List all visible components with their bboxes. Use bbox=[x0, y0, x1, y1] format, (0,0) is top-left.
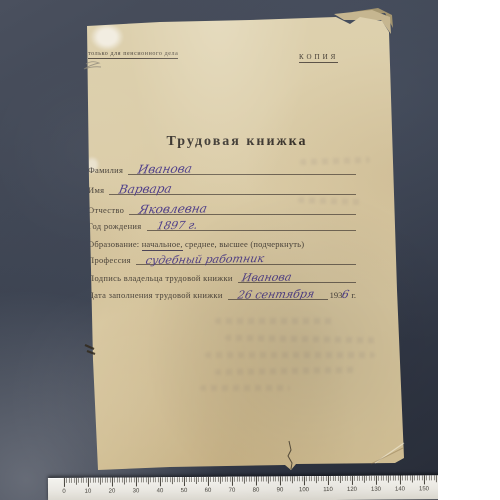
ruler-label: 70 bbox=[229, 488, 236, 494]
ruler-tick bbox=[364, 476, 365, 483]
ruler-tick bbox=[244, 477, 245, 484]
field-label: Отчество bbox=[88, 205, 129, 215]
ruler-tick bbox=[412, 475, 413, 482]
field-line: 26 сентября bbox=[228, 284, 328, 300]
field-line: судебный работник bbox=[136, 249, 356, 265]
copy-stamp: КОПИЯ bbox=[299, 53, 338, 63]
header-note: только для пенсионного дела bbox=[88, 51, 178, 59]
field-label: Дата заполнения трудовой книжки bbox=[88, 290, 228, 300]
ruler-tick bbox=[424, 475, 425, 484]
ruler-tick bbox=[402, 476, 403, 481]
ruler-label: 100 bbox=[299, 487, 309, 493]
ruler-tick bbox=[76, 478, 77, 485]
ruler-tick bbox=[335, 476, 336, 481]
field-line: 1897 г. bbox=[147, 215, 357, 231]
ruler-tick bbox=[208, 477, 209, 486]
ruler-tick bbox=[270, 476, 271, 481]
ruler-tick bbox=[148, 477, 149, 484]
ruler-tick bbox=[249, 477, 250, 482]
ruler-tick bbox=[179, 477, 180, 482]
ruler-tick bbox=[124, 477, 125, 484]
ruler-tick bbox=[246, 477, 247, 482]
ruler-tick bbox=[309, 476, 310, 481]
ruler-tick bbox=[165, 477, 166, 482]
printed-year-suffix: г. bbox=[349, 290, 356, 300]
ruler-tick bbox=[292, 476, 293, 483]
ruler-label: 110 bbox=[323, 487, 333, 493]
ruler-tick bbox=[131, 477, 132, 482]
ruler-tick bbox=[182, 477, 183, 482]
field-line: Варвара bbox=[109, 179, 356, 195]
ruler-tick bbox=[227, 477, 228, 482]
ruler-tick bbox=[266, 476, 267, 481]
ruler-tick bbox=[160, 477, 161, 486]
ruler-tick bbox=[434, 475, 435, 480]
ruler-tick bbox=[129, 477, 130, 482]
ruler-tick bbox=[285, 476, 286, 481]
ink-show-through bbox=[215, 367, 355, 375]
ruler-tick bbox=[174, 477, 175, 482]
ruler-tick bbox=[366, 476, 367, 481]
ruler-tick bbox=[69, 478, 70, 483]
ruler-tick bbox=[213, 477, 214, 482]
ruler-tick bbox=[114, 478, 115, 483]
ruler-tick bbox=[66, 478, 67, 483]
ruler-tick bbox=[390, 476, 391, 481]
ruler-tick bbox=[143, 477, 144, 482]
ruler-tick bbox=[347, 476, 348, 481]
ruler-tick bbox=[374, 476, 375, 481]
field-row-signature: Подпись владельца трудовой книжки Иванов… bbox=[88, 267, 356, 283]
field-line: Иванова bbox=[238, 267, 356, 283]
ruler-tick bbox=[206, 477, 207, 482]
ruler-tick bbox=[239, 477, 240, 482]
ruler-tick bbox=[326, 476, 327, 481]
field-label: Профессия bbox=[88, 255, 136, 265]
field-row-profession: Профессия судебный работник bbox=[88, 249, 356, 265]
ruler-tick bbox=[275, 476, 276, 481]
ruler-tick bbox=[141, 477, 142, 482]
ruler-tick bbox=[393, 476, 394, 481]
ruler-tick bbox=[297, 476, 298, 481]
ruler-tick bbox=[357, 476, 358, 481]
ruler-tick bbox=[258, 477, 259, 482]
ruler-tick bbox=[100, 478, 101, 485]
ruler-tick bbox=[194, 477, 195, 482]
ruler-tick bbox=[112, 478, 113, 487]
ruler-tick bbox=[405, 476, 406, 481]
ruler-label: 120 bbox=[347, 487, 357, 493]
ruler-tick bbox=[410, 475, 411, 480]
ink-show-through bbox=[205, 352, 375, 358]
field-row-birth-year: Год рождения 1897 г. bbox=[88, 215, 356, 231]
ruler-tick bbox=[280, 476, 281, 485]
ink-show-through bbox=[200, 385, 290, 391]
ruler-tick bbox=[431, 475, 432, 480]
ruler-tick bbox=[153, 477, 154, 482]
education-option: высшее bbox=[219, 239, 248, 249]
ruler-tick bbox=[342, 476, 343, 481]
ruler-tick bbox=[378, 476, 379, 481]
measuring-ruler: 0102030405060708090100110120130140150 bbox=[48, 475, 438, 500]
ruler-tick bbox=[98, 478, 99, 483]
ruler-tick bbox=[359, 476, 360, 481]
ruler-tick bbox=[222, 477, 223, 482]
ruler-tick bbox=[90, 478, 91, 483]
ruler-tick bbox=[105, 478, 106, 483]
ruler-label: 10 bbox=[85, 489, 92, 495]
ruler-label: 40 bbox=[157, 488, 164, 494]
ruler-tick bbox=[398, 476, 399, 481]
ruler-tick bbox=[134, 477, 135, 482]
ruler-tick bbox=[330, 476, 331, 481]
field-row-fill-date: Дата заполнения трудовой книжки 26 сентя… bbox=[88, 284, 356, 300]
field-row-firstname: Имя Варвара bbox=[88, 179, 356, 195]
ruler-label: 140 bbox=[395, 487, 405, 493]
ruler-label: 90 bbox=[277, 487, 284, 493]
ruler-tick bbox=[316, 476, 317, 483]
ruler-tick bbox=[345, 476, 346, 481]
ruler-tick bbox=[328, 476, 329, 485]
ruler-tick bbox=[417, 475, 418, 480]
ruler-tick bbox=[419, 475, 420, 480]
ruler-tick bbox=[254, 477, 255, 482]
ruler-tick bbox=[119, 477, 120, 482]
ruler-tick bbox=[340, 476, 341, 483]
ruler-label: 0 bbox=[62, 489, 65, 495]
ruler-tick bbox=[220, 477, 221, 484]
handwritten-value: Иванова bbox=[137, 162, 194, 177]
ruler-tick bbox=[170, 477, 171, 482]
ruler-tick bbox=[304, 476, 305, 485]
handwritten-value: Варвара bbox=[118, 182, 174, 197]
ruler-tick bbox=[186, 477, 187, 482]
ink-show-through bbox=[225, 335, 375, 344]
photo-backdrop: только для пенсионного дела КОПИЯ Трудов… bbox=[0, 0, 438, 500]
ruler-tick bbox=[395, 476, 396, 481]
ruler-tick bbox=[306, 476, 307, 481]
ruler-label: 50 bbox=[181, 488, 188, 494]
ruler-tick bbox=[338, 476, 339, 481]
paper-stain bbox=[90, 23, 124, 51]
ruler-tick bbox=[95, 478, 96, 483]
ruler-tick bbox=[81, 478, 82, 483]
handwritten-value: судебный работник bbox=[144, 252, 265, 267]
ruler-tick bbox=[251, 477, 252, 482]
ruler-tick bbox=[371, 476, 372, 481]
ruler-tick bbox=[191, 477, 192, 482]
ruler-tick bbox=[388, 476, 389, 483]
ruler-tick bbox=[88, 478, 89, 487]
ruler-tick bbox=[333, 476, 334, 481]
ruler-tick bbox=[215, 477, 216, 482]
ruler-tick bbox=[429, 475, 430, 480]
ruler-tick bbox=[273, 476, 274, 481]
ruler-tick bbox=[422, 475, 423, 480]
ruler-tick bbox=[354, 476, 355, 481]
ruler-label: 60 bbox=[205, 488, 212, 494]
ruler-tick bbox=[242, 477, 243, 482]
ink-show-through bbox=[300, 157, 370, 165]
ruler-tick bbox=[177, 477, 178, 482]
ruler-tick bbox=[311, 476, 312, 481]
ruler-label: 80 bbox=[253, 488, 260, 494]
ruler-tick bbox=[167, 477, 168, 482]
ruler-label: 20 bbox=[109, 489, 116, 495]
ruler-tick bbox=[117, 478, 118, 483]
ruler-tick bbox=[172, 477, 173, 484]
ruler-tick bbox=[83, 478, 84, 483]
ruler-tick bbox=[184, 477, 185, 486]
ruler-tick bbox=[74, 478, 75, 483]
ruler-tick bbox=[369, 476, 370, 481]
ruler-tick bbox=[136, 477, 137, 486]
field-label: Имя bbox=[88, 185, 109, 195]
ruler-tick bbox=[350, 476, 351, 481]
ruler-tick bbox=[122, 477, 123, 482]
field-label: Фамилия bbox=[88, 165, 128, 175]
ruler-tick bbox=[321, 476, 322, 481]
ruler-tick bbox=[126, 477, 127, 482]
ruler-tick bbox=[64, 478, 65, 487]
ruler-tick bbox=[210, 477, 211, 482]
ruler-tick bbox=[138, 477, 139, 482]
ruler-tick bbox=[230, 477, 231, 482]
ruler-tick bbox=[426, 475, 427, 480]
ruler-tick bbox=[352, 476, 353, 485]
ruler-tick bbox=[201, 477, 202, 482]
ruler-tick bbox=[71, 478, 72, 483]
ruler-tick bbox=[155, 477, 156, 482]
field-label: Год рождения bbox=[88, 221, 147, 231]
ruler-tick bbox=[287, 476, 288, 481]
ruler-tick bbox=[107, 478, 108, 483]
field-row-education: Образование: начальное, среднее, высшее … bbox=[88, 239, 304, 249]
ruler-tick bbox=[294, 476, 295, 481]
education-note: (подчеркнуть) bbox=[250, 239, 304, 249]
ruler-tick bbox=[381, 476, 382, 481]
ruler-tick bbox=[225, 477, 226, 482]
ruler-tick bbox=[78, 478, 79, 483]
ruler-label: 150 bbox=[419, 486, 429, 492]
field-label: Подпись владельца трудовой книжки bbox=[88, 273, 238, 283]
ruler-tick bbox=[196, 477, 197, 484]
ruler-tick bbox=[86, 478, 87, 483]
ruler-tick bbox=[268, 476, 269, 483]
ruler-tick bbox=[198, 477, 199, 482]
ruler-label: 30 bbox=[133, 488, 140, 494]
ruler-tick bbox=[189, 477, 190, 482]
ruler-tick bbox=[261, 477, 262, 482]
ruler-tick bbox=[290, 476, 291, 481]
ruler-tick bbox=[263, 476, 264, 481]
ruler-tick bbox=[436, 475, 437, 482]
education-option: среднее, bbox=[185, 239, 217, 249]
ruler-tick bbox=[93, 478, 94, 483]
handwritten-date: 26 сентября bbox=[236, 287, 315, 301]
ruler-tick bbox=[323, 476, 324, 481]
ruler-tick bbox=[150, 477, 151, 482]
ruler-tick bbox=[299, 476, 300, 481]
ruler-tick bbox=[400, 476, 401, 485]
ruler-tick bbox=[376, 476, 377, 485]
ruler-tick bbox=[234, 477, 235, 482]
ruler-tick bbox=[102, 478, 103, 483]
ruler-tick bbox=[302, 476, 303, 481]
ruler-tick bbox=[232, 477, 233, 486]
ruler-tick bbox=[414, 475, 415, 480]
ruler-tick bbox=[407, 475, 408, 480]
screenshot: только для пенсионного дела КОПИЯ Трудов… bbox=[0, 0, 500, 500]
ruler-tick bbox=[256, 477, 257, 486]
ruler-tick bbox=[362, 476, 363, 481]
ink-show-through bbox=[215, 318, 335, 324]
ruler-tick bbox=[386, 476, 387, 481]
page-title: Трудовая книжка bbox=[87, 134, 387, 150]
ruler-tick bbox=[146, 477, 147, 482]
ruler-tick bbox=[282, 476, 283, 481]
ruler-tick bbox=[278, 476, 279, 481]
field-label: Образование: bbox=[88, 239, 139, 249]
owner-signature: Иванова bbox=[240, 271, 292, 285]
ruler-tick bbox=[383, 476, 384, 481]
ruler-tick bbox=[110, 478, 111, 483]
labor-book-cover-page: только для пенсионного дела КОПИЯ Трудов… bbox=[0, 0, 438, 500]
ruler-tick bbox=[218, 477, 219, 482]
ruler-tick bbox=[158, 477, 159, 482]
ruler-tick bbox=[314, 476, 315, 481]
handwritten-value: 1897 г. bbox=[155, 219, 198, 233]
ruler-tick bbox=[203, 477, 204, 482]
ruler-tick bbox=[162, 477, 163, 482]
ruler-tick bbox=[318, 476, 319, 481]
ruler-tick bbox=[237, 477, 238, 482]
ruler-label: 130 bbox=[371, 487, 381, 493]
